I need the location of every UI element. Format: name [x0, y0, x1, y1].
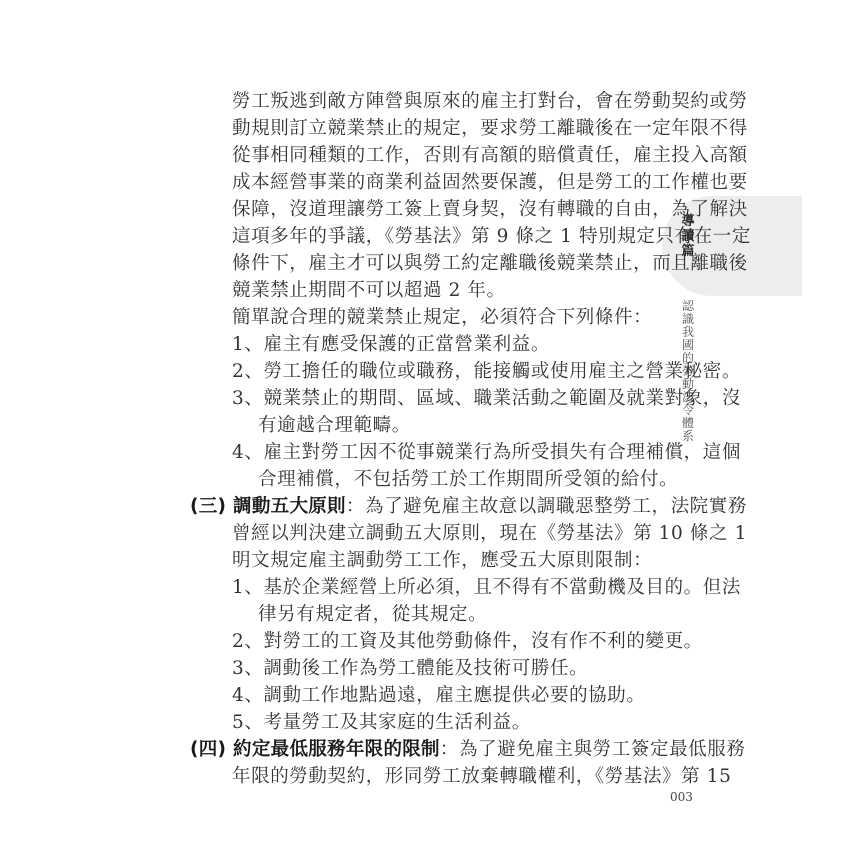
heading-colon: ： [346, 496, 365, 517]
body-line: 成本經營事業的商業利益固然要保護，但是勞工的工作權也要 [232, 171, 748, 195]
body-line: 這項多年的爭議，《勞基法》第 9 條之 1 特別規定只有在一定 [232, 225, 751, 249]
body-line: 曾經以判決建立調動五大原則，現在《勞基法》第 10 條之 1 [232, 522, 747, 546]
section-3-intro: 為了避免雇主故意以調職惡整勞工，法院實務 [365, 496, 747, 517]
section-3-heading: (三) 調動五大原則 [190, 496, 346, 517]
principle-item: 4、調動工作地點過遠，雇主應提供必要的協助。 [232, 684, 645, 708]
body-line: 動規則訂立競業禁止的規定，要求勞工離職後在一定年限不得 [232, 117, 748, 141]
condition-item: 1、雇主有應受保護的正當營業利益。 [232, 333, 550, 357]
section-4-heading: (四) 約定最低服務年限的限制 [190, 739, 440, 760]
principle-item: 1、基於企業經營上所必須，且不得有不當動機及目的。但法 [232, 576, 741, 600]
condition-item-continued: 合理補償，不包括勞工於工作期間所受領的給付。 [258, 468, 678, 492]
condition-item: 3、競業禁止的期間、區域、職業活動之範圍及就業對象，沒 [232, 387, 741, 411]
heading-colon: ： [440, 739, 459, 760]
page-number: 003 [670, 790, 693, 804]
section-4-intro: 為了避免雇主與勞工簽定最低服務 [459, 739, 746, 760]
section-4-heading-line: (四) 約定最低服務年限的限制：為了避免雇主與勞工簽定最低服務 [190, 738, 745, 762]
body-line: 從事相同種類的工作，否則有高額的賠償責任，雇主投入高額 [232, 144, 748, 168]
principle-item: 3、調動後工作為勞工體能及技術可勝任。 [232, 657, 588, 681]
book-page: 導讀篇 認識我國的勞動法令體系 勞工叛逃到敵方陣營與原來的雇主打對台，會在勞動契… [0, 0, 850, 850]
body-line: 年限的勞動契約，形同勞工放棄轉職權利，《勞基法》第 15 [232, 765, 731, 789]
condition-item: 2、勞工擔任的職位或職務，能接觸或使用雇主之營業秘密。 [232, 360, 741, 384]
body-line: 保障，沒道理讓勞工簽上賣身契，沒有轉職的自由，為了解決 [232, 198, 748, 222]
principle-item: 2、對勞工的工資及其他勞動條件，沒有作不利的變更。 [232, 630, 703, 654]
body-line: 競業禁止期間不可以超過 2 年。 [232, 279, 506, 303]
body-line: 簡單說合理的競業禁止規定，必須符合下列條件： [232, 306, 652, 330]
condition-item-continued: 有逾越合理範疇。 [258, 414, 411, 438]
condition-item: 4、雇主對勞工因不從事競業行為所受損失有合理補償，這個 [232, 441, 741, 465]
body-line: 條件下，雇主才可以與勞工約定離職後競業禁止，而且離職後 [232, 252, 748, 276]
body-line: 勞工叛逃到敵方陣營與原來的雇主打對台，會在勞動契約或勞 [232, 90, 748, 114]
principle-item: 5、考量勞工及其家庭的生活利益。 [232, 711, 531, 735]
body-line: 明文規定雇主調動勞工工作，應受五大原則限制： [232, 549, 652, 573]
section-3-heading-line: (三) 調動五大原則：為了避免雇主故意以調職惡整勞工，法院實務 [190, 495, 747, 519]
principle-item-continued: 律另有規定者，從其規定。 [258, 603, 487, 627]
